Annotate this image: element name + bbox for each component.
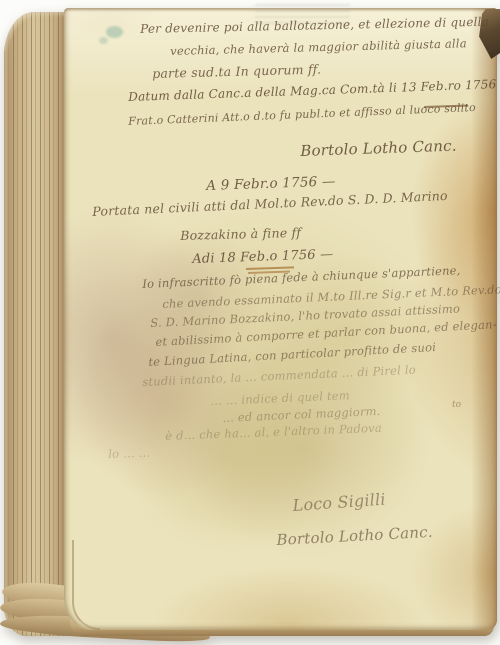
page-bottom-left-edge-line [72, 540, 100, 630]
teal-ink-smudge [106, 26, 123, 38]
book-fore-edge-pages [4, 12, 70, 636]
teal-ink-smudge [99, 37, 108, 44]
superscript-abbreviation: to [452, 400, 461, 410]
manuscript-line: Bozzakino à fine ff [180, 225, 301, 243]
manuscript-book-photo: Per devenire poi alla ballotazione, et e… [0, 0, 500, 645]
manuscript-line-faded: lo … … [108, 446, 151, 461]
